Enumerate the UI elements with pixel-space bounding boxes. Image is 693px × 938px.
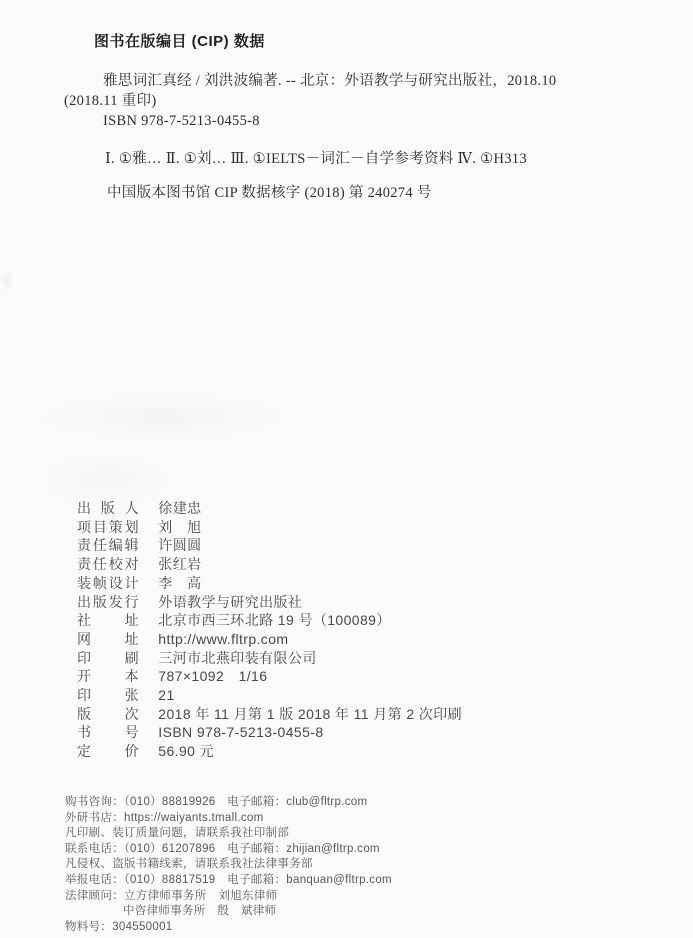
cip-header: 图书在版编目 (CIP) 数据 — [94, 30, 657, 51]
row-label: 出版人 — [77, 499, 139, 518]
publication-row-format: 开本 787×1092 1/16 — [77, 667, 657, 686]
cip-description: 雅思词汇真经 / 刘洪波编著. -- 北京：外语教学与研究出版社，2018.10… — [64, 71, 657, 131]
row-value: 徐建忠 — [158, 500, 201, 516]
row-value: 21 — [158, 687, 174, 703]
scan-smudge — [35, 393, 290, 441]
cip-title-line: 雅思词汇真经 / 刘洪波编著. -- 北京：外语教学与研究出版社，2018.10 — [103, 71, 657, 91]
contact-line-piracy-notice: 凡侵权、盗版书籍线索，请联系我社法律事务部 — [65, 857, 663, 873]
row-value: 张红岩 — [158, 556, 201, 572]
row-label: 项目策划 — [77, 518, 139, 537]
row-value: 56.90 元 — [158, 743, 214, 759]
row-value: 787×1092 1/16 — [158, 668, 267, 684]
contact-line-bookstore: 外研书店：https://waiyants.tmall.com — [65, 811, 663, 827]
row-label: 责任编辑 — [77, 536, 139, 555]
copyright-page: 图书在版编目 (CIP) 数据 雅思词汇真经 / 刘洪波编著. -- 北京：外语… — [0, 0, 693, 938]
publication-row-edition: 版次 2018 年 11 月第 1 版 2018 年 11 月第 2 次印刷 — [77, 705, 657, 724]
cip-reprint-line: (2018.11 重印) — [64, 91, 657, 111]
publication-row-price: 定价 56.90 元 — [77, 742, 657, 761]
row-label: 定价 — [77, 742, 139, 761]
contact-line-print-quality-notice: 凡印刷、装订质量问题，请联系我社印制部 — [65, 826, 663, 842]
row-value: 北京市西三环北路 19 号（100089） — [158, 612, 390, 628]
contact-line-purchase: 购书咨询：（010）88819926 电子邮箱：club@fltrp.com — [65, 795, 663, 811]
row-value: ISBN 978-7-5213-0455-8 — [158, 724, 323, 740]
material-number-line: 物料号：304550001 — [65, 920, 663, 936]
publication-row-publisher: 出版发行 外语教学与研究出版社 — [77, 593, 657, 612]
cip-isbn-line: ISBN 978-7-5213-0455-8 — [103, 111, 657, 131]
publication-row-isbn: 书号 ISBN 978-7-5213-0455-8 — [77, 723, 657, 742]
cip-record-number-line: 中国版本图书馆 CIP 数据核字 (2018) 第 240274 号 — [107, 184, 657, 202]
row-value: 许圆圆 — [158, 537, 201, 553]
scan-smudge — [0, 270, 14, 292]
row-value: 2018 年 11 月第 1 版 2018 年 11 月第 2 次印刷 — [158, 706, 462, 722]
publication-row-publisher-person: 出版人 徐建忠 — [77, 499, 657, 518]
row-label: 书号 — [77, 723, 139, 742]
row-value: 三河市北燕印装有限公司 — [158, 650, 316, 666]
row-label: 网址 — [77, 630, 139, 649]
row-label: 责任校对 — [77, 555, 139, 574]
contact-line-legal-counsel: 法律顾问：立方律师事务所 刘旭东律师 — [65, 889, 663, 905]
publication-row-printer: 印刷 三河市北燕印装有限公司 — [77, 649, 657, 668]
row-label: 印张 — [77, 686, 139, 705]
publication-info-block: 出版人 徐建忠 项目策划 刘 旭 责任编辑 许圆圆 责任校对 张红岩 装帧设计 … — [77, 499, 657, 761]
row-label: 印刷 — [77, 649, 139, 668]
row-label: 版次 — [77, 705, 139, 724]
publication-row-sheets: 印张 21 — [77, 686, 657, 705]
publication-row-project-planner: 项目策划 刘 旭 — [77, 518, 657, 537]
row-label: 装帧设计 — [77, 574, 139, 593]
row-label: 开本 — [77, 667, 139, 686]
contact-line-report-phone: 举报电话：（010）88817519 电子邮箱：banquan@fltrp.co… — [65, 873, 663, 889]
row-value: 刘 旭 — [158, 519, 201, 535]
publication-row-designer: 装帧设计 李 高 — [77, 574, 657, 593]
cip-classification-line: Ⅰ. ①雅… Ⅱ. ①刘… Ⅲ. ①IELTS－词汇－自学参考资料 Ⅳ. ①H3… — [105, 150, 657, 168]
row-value: 李 高 — [158, 575, 201, 591]
row-label: 出版发行 — [77, 593, 139, 612]
contact-line-phone: 联系电话：（010）61207896 电子邮箱：zhijian@fltrp.co… — [65, 842, 663, 858]
publication-row-website: 网址 http://www.fltrp.com — [77, 630, 657, 649]
row-value: 外语教学与研究出版社 — [158, 594, 302, 610]
cip-block: 图书在版编目 (CIP) 数据 雅思词汇真经 / 刘洪波编著. -- 北京：外语… — [64, 30, 657, 217]
contact-info-block: 购书咨询：（010）88819926 电子邮箱：club@fltrp.com 外… — [65, 795, 663, 935]
row-label: 社址 — [77, 611, 139, 630]
row-value: http://www.fltrp.com — [158, 631, 288, 647]
publication-row-proofreader: 责任校对 张红岩 — [77, 555, 657, 574]
publication-row-editor: 责任编辑 许圆圆 — [77, 536, 657, 555]
contact-line-legal-counsel-2: 中咨律师事务所 殷 斌律师 — [65, 904, 663, 920]
publication-row-address: 社址 北京市西三环北路 19 号（100089） — [77, 611, 657, 630]
